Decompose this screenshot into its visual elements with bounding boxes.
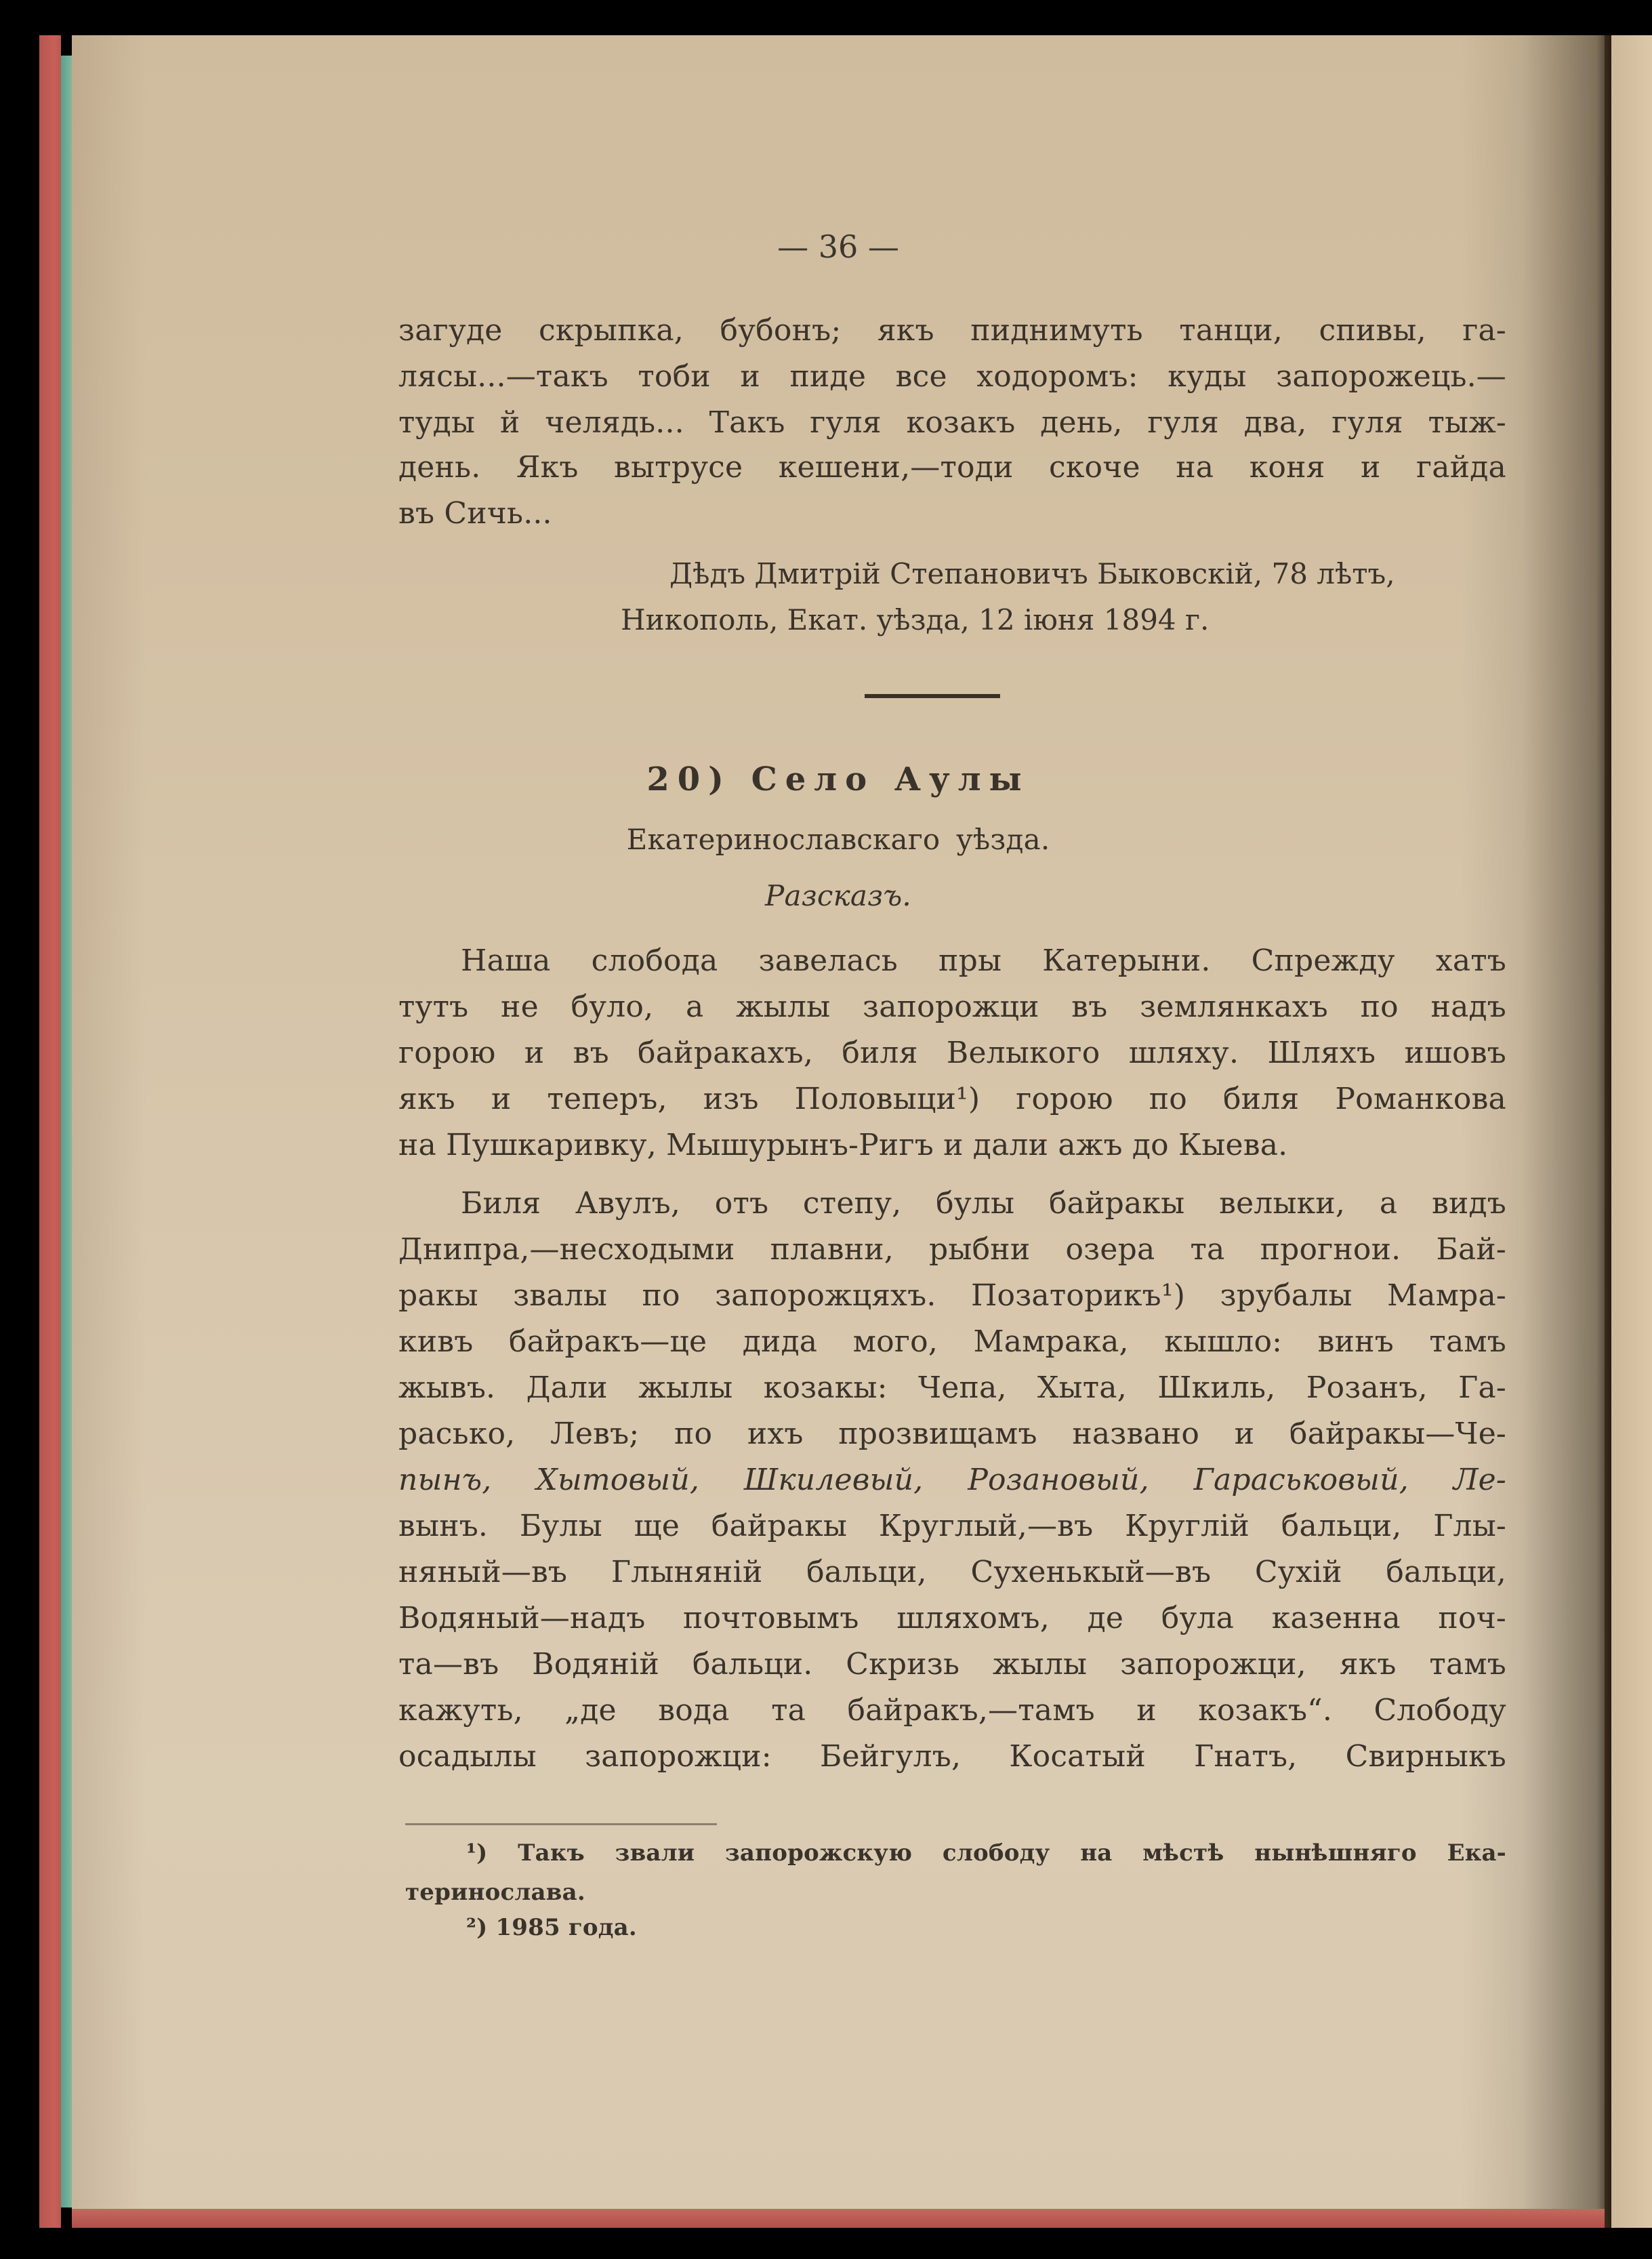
text-line: жывъ. Дали жылы козакы: Чепа, Хыта, Шкил… [398, 1370, 1506, 1405]
text-line-last: на Пушкаривку, Мышурынъ-Ригъ и дали ажъ … [398, 1128, 1287, 1162]
text-line: загуде скрыпка, бубонъ; якъ пиднимуть та… [398, 313, 1506, 348]
book-cover-edge-red [39, 35, 61, 2228]
text-line: осадылы запорожци: Бейгулъ, Косатый Гнат… [398, 1739, 1506, 1774]
footnote-rule [405, 1823, 717, 1825]
text-line: якъ и теперъ, изъ Половыци¹) горою по би… [398, 1082, 1506, 1116]
text-line: ракы звалы по запорожцяхъ. Позаторикъ¹) … [398, 1278, 1506, 1313]
page-number: — 36 — [72, 228, 1605, 265]
text-line: туды й челядь... Такъ гуля козакъ день, … [398, 405, 1506, 440]
text-line: Днипра,—несходыми плавни, рыбни озера та… [398, 1232, 1506, 1267]
footnote-1-cont: теринослава. [405, 1879, 585, 1906]
text-line: горою и въ байракахъ, биля Велыкого шлях… [398, 1036, 1506, 1070]
footnote-1: ¹) Такъ звали запорожскую слободу на мѣс… [466, 1839, 1506, 1867]
text-line: няный—въ Глыняній бальци, Сухенькый—въ С… [398, 1555, 1506, 1589]
book-cover-edge-bottom [72, 2209, 1605, 2228]
book-cover-edge-teal [61, 56, 72, 2207]
text-line: кажуть, „де вода та байракъ,—тамъ и коза… [398, 1693, 1506, 1728]
book-page: — 36 — загуде скрыпка, бубонъ; якъ пидни… [72, 35, 1605, 2228]
text-line: пынъ, Хытовый, Шкилевый, Розановый, Гара… [398, 1463, 1506, 1497]
text-line: та—въ Водяній бальци. Скризь жылы запоро… [398, 1647, 1506, 1682]
section-genre: Разсказъ. [72, 879, 1605, 912]
footnote-2: ²) 1985 года. [466, 1914, 637, 1941]
text-line-last: въ Сичь... [398, 496, 552, 531]
text-line: день. Якъ вытрусе кешени,—тоди скоче на … [398, 450, 1506, 485]
adjacent-page-edge [1611, 35, 1652, 2228]
page-gutter [1605, 35, 1611, 2228]
text-line: Наша слобода завелась пры Катерыни. Спре… [461, 943, 1506, 978]
section-divider [865, 694, 1000, 698]
section-subtitle: Екатеринославскаго уѣзда. [72, 823, 1605, 856]
text-line: Водяный—надъ почтовымъ шляхомъ, де була … [398, 1601, 1506, 1635]
text-line: расько, Левъ; по ихъ прозвищамъ названо … [398, 1417, 1506, 1451]
text-line: вынъ. Булы ще байракы Круглый,—въ Круглі… [398, 1509, 1506, 1543]
text-line: Биля Авулъ, отъ степу, булы байракы велы… [461, 1186, 1506, 1221]
text-line: кивъ байракъ—це дида мого, Мамрака, кышл… [398, 1324, 1506, 1359]
text-line: лясы...—такъ тоби и пиде все ходоромъ: к… [398, 359, 1506, 394]
informant-place-date: Никополь, Екат. уѣзда, 12 іюня 1894 г. [621, 603, 1209, 636]
text-line: тутъ не було, а жылы запорожци въ землян… [398, 990, 1506, 1024]
section-title: 20) Село Аулы [72, 760, 1605, 798]
informant-signature: Дѣдъ Дмитрій Степановичъ Быковскій, 78 л… [669, 557, 1395, 590]
book-scan: — 36 — загуде скрыпка, бубонъ; якъ пидни… [39, 35, 1652, 2228]
